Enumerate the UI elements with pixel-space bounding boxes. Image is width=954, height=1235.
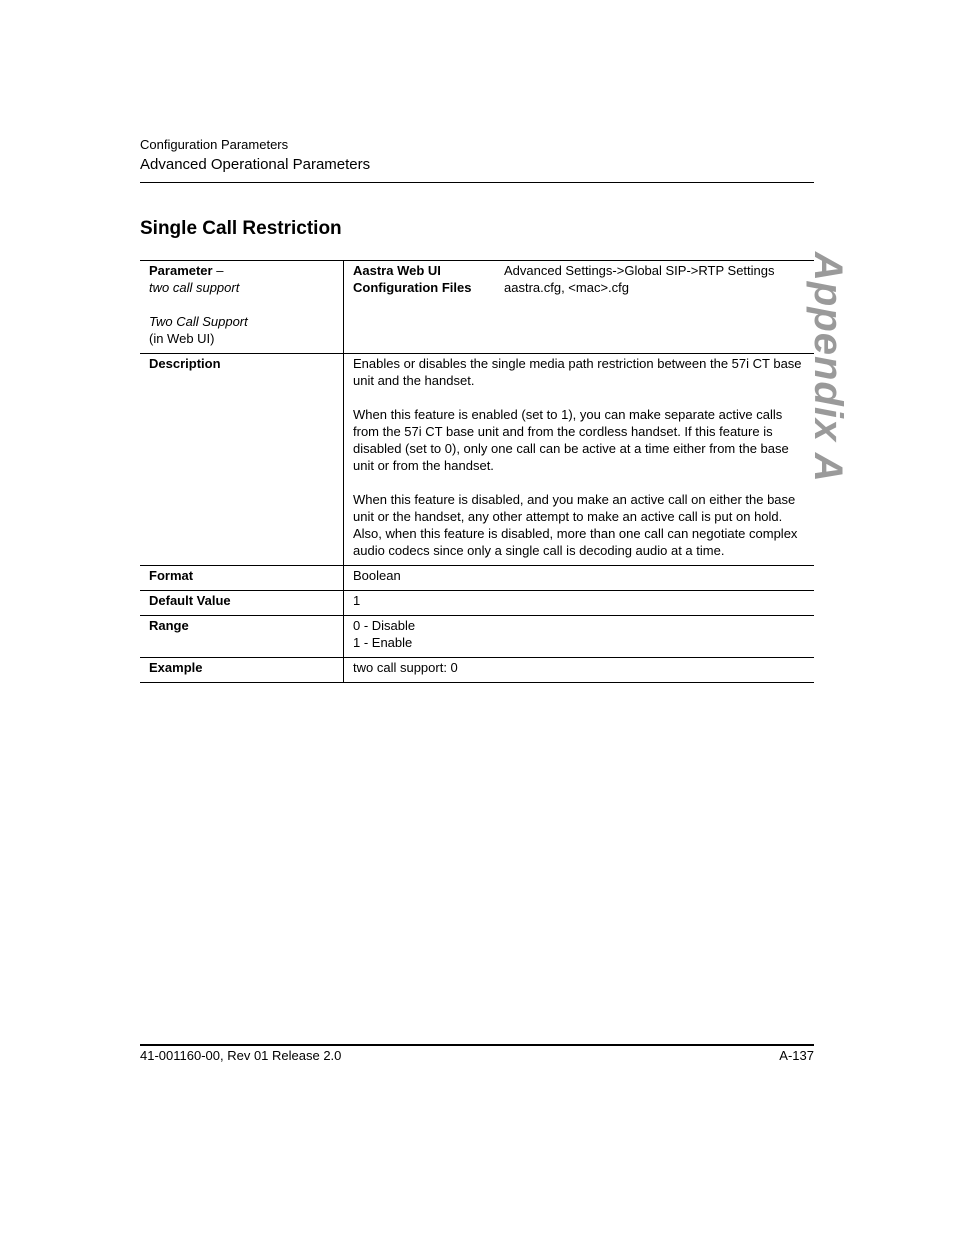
footer-rule (140, 1044, 814, 1046)
table-row-default: Default Value 1 (140, 591, 814, 616)
parameter-name: two call support (149, 279, 334, 296)
table-row-example: Example two call support: 0 (140, 658, 814, 683)
range-option: 1 - Enable (353, 634, 805, 651)
parameter-label: Parameter (149, 263, 213, 278)
format-value: Boolean (344, 566, 815, 591)
table-row-range: Range 0 - Disable 1 - Enable (140, 616, 814, 658)
description-paragraph: When this feature is disabled, and you m… (353, 491, 805, 559)
running-header-subsection: Advanced Operational Parameters (140, 156, 370, 173)
default-label: Default Value (140, 591, 344, 616)
config-files: aastra.cfg, <mac>.cfg (504, 279, 805, 296)
default-value: 1 (344, 591, 815, 616)
table-row-description: Description Enables or disables the sing… (140, 354, 814, 566)
running-header-section: Configuration Parameters (140, 137, 288, 152)
table-row-format: Format Boolean (140, 566, 814, 591)
description-cell: Enables or disables the single media pat… (344, 354, 815, 566)
webui-path: Advanced Settings->Global SIP->RTP Setti… (504, 262, 805, 279)
footer-page-number: A-137 (779, 1048, 814, 1063)
parameter-table: Parameter – two call support Two Call Su… (140, 260, 814, 683)
range-cell: 0 - Disable 1 - Enable (344, 616, 815, 658)
footer-doc-id: 41-001160-00, Rev 01 Release 2.0 (140, 1048, 341, 1063)
header-rule (140, 182, 814, 183)
parameter-dash: – (213, 263, 224, 278)
range-option: 0 - Disable (353, 617, 805, 634)
config-label: Configuration Files (353, 279, 504, 296)
webui-name: Two Call Support (149, 313, 334, 330)
example-value: two call support: 0 (344, 658, 815, 683)
description-paragraph: Enables or disables the single media pat… (353, 355, 805, 389)
table-row-parameter: Parameter – two call support Two Call Su… (140, 261, 814, 354)
example-label: Example (140, 658, 344, 683)
section-title: Single Call Restriction (140, 218, 342, 240)
range-label: Range (140, 616, 344, 658)
format-label: Format (140, 566, 344, 591)
description-paragraph: When this feature is enabled (set to 1),… (353, 406, 805, 474)
parameter-cell: Parameter – two call support Two Call Su… (140, 261, 344, 354)
webui-note: (in Web UI) (149, 330, 334, 347)
webui-label: Aastra Web UI (353, 262, 504, 279)
description-label: Description (140, 354, 344, 566)
parameter-source-cell: Aastra Web UI Advanced Settings->Global … (344, 261, 815, 354)
